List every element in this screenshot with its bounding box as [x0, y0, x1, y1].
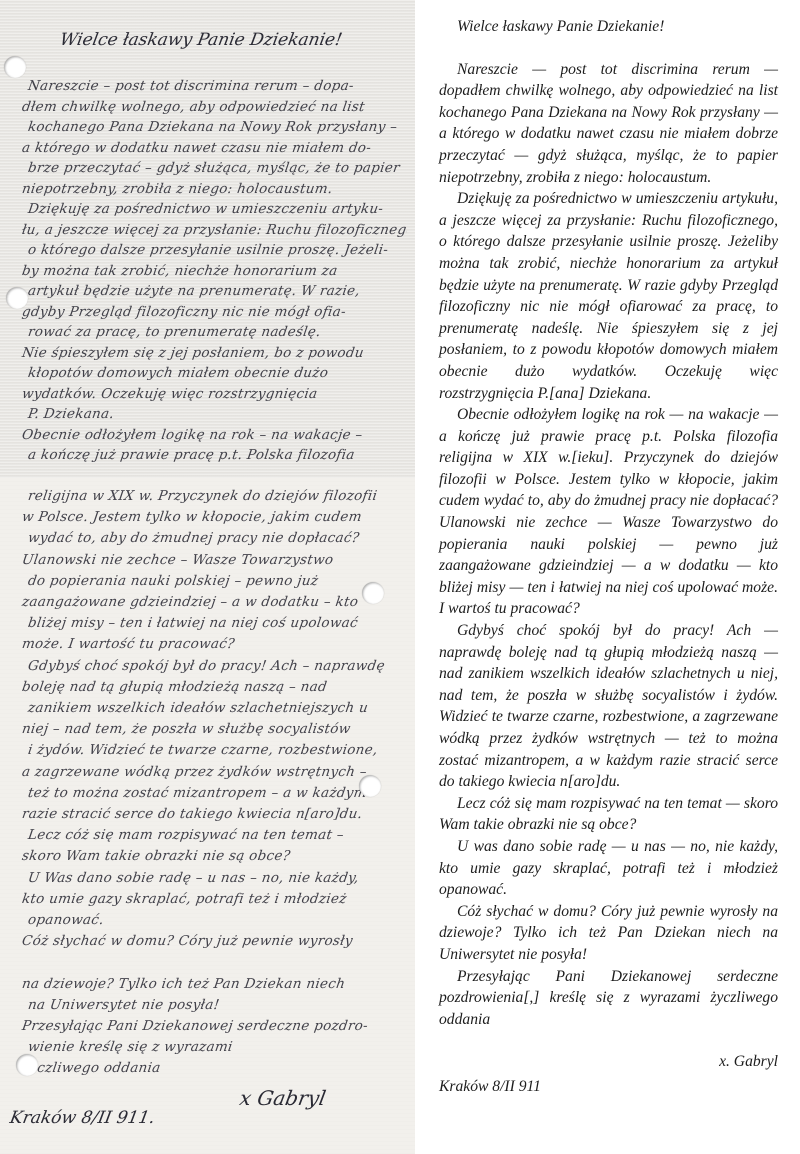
manuscript-line: o którego dalsze przesyłanie usilnie pro…	[27, 242, 408, 258]
manuscript-signature: x Gabryl	[238, 1086, 328, 1110]
manuscript-line: Nie śpieszyłem się z jej posłaniem, bo z…	[21, 345, 408, 361]
manuscript-line: Lecz cóż się mam rozpisywać na ten temat…	[27, 827, 408, 843]
manuscript-line: Gdybyś choć spokój był do pracy! Ach – n…	[27, 658, 408, 674]
manuscript-line: bliżej misy – ten i łatwiej na niej coś …	[27, 615, 408, 631]
manuscript-line: U Was dano sobie radę – u nas – no, nie …	[27, 870, 408, 886]
manuscript-line: do popierania nauki polskiej – pewno już	[27, 573, 408, 589]
paragraph-8: Przesyłając Pani Dziekanowej serdeczne p…	[439, 966, 778, 1031]
punch-hole	[6, 287, 28, 309]
manuscript-line: na Uniwersytet nie posyła!	[27, 997, 408, 1013]
manuscript-line: Ulanowski nie zechce – Wasze Towarzystwo	[21, 552, 408, 568]
manuscript-line: wienie kreślę się z wyrazami	[27, 1039, 408, 1055]
paragraph-2: Dziękuję za pośrednictwo w umieszczeniu …	[439, 188, 778, 404]
manuscript-line: może. I wartość tu pracować?	[21, 636, 408, 652]
punch-hole	[16, 1054, 38, 1076]
manuscript-line: kłopotów domowych miałem obecnie dużo	[27, 365, 408, 381]
paragraph-3: Obecnie odłożyłem logikę na rok — na wak…	[439, 404, 778, 620]
manuscript-scan: Wielce łaskawy Panie Dziekanie! Nareszci…	[0, 0, 415, 1154]
manuscript-line: kto umie gazy skraplać, potrafi też i mł…	[21, 891, 408, 907]
manuscript-line: i żydów. Widzieć te twarze czarne, rozbe…	[27, 742, 408, 758]
manuscript-line: artykuł będzie użyte na prenumeratę. W r…	[27, 283, 408, 299]
manuscript-line: P. Dziekana.	[27, 406, 408, 422]
paragraph-7: Cóż słychać w domu? Córy już pewnie wyro…	[439, 901, 778, 966]
paragraph-5: Lecz cóż się mam rozpisywać na ten temat…	[439, 793, 778, 836]
manuscript-line: zaangażowane gdzieindziej – a w dodatku …	[21, 594, 408, 610]
manuscript-line: Cóż słychać w domu? Córy już pewnie wyro…	[21, 933, 408, 949]
paragraph-1: Nareszcie — post tot discrimina rerum — …	[439, 59, 778, 189]
manuscript-line: też to można zostać mizantropem – a w ka…	[27, 785, 408, 801]
manuscript-line: rować za pracę, to prenumeratę nadeślę.	[27, 324, 408, 340]
manuscript-line: razie stracić serce do takiego kwiecia n…	[21, 806, 408, 822]
manuscript-line: wydatków. Oczekuję więc rozstrzygnięcia	[21, 386, 408, 402]
manuscript-page-1: Wielce łaskawy Panie Dziekanie! Nareszci…	[0, 0, 415, 478]
manuscript-line: boleję nad tą głupią młodzieżą naszą – n…	[21, 679, 408, 695]
manuscript-line: Obecnie odłożyłem logikę na rok – na wak…	[21, 427, 408, 443]
manuscript-line: gdyby Przegląd filozoficzny nic nie mógł…	[21, 304, 408, 320]
punch-hole	[359, 775, 381, 797]
manuscript-line: zanikiem wszelkich ideałów szlachetniejs…	[27, 700, 408, 716]
manuscript-place-date: Kraków 8/II 911.	[8, 1108, 156, 1128]
manuscript-line: niepotrzebny, zrobiła z niego: holocaust…	[21, 181, 408, 197]
manuscript-line: Dziękuję za pośrednictwo w umieszczeniu …	[27, 201, 408, 217]
manuscript-line: a kończę już prawie pracę p.t. Polska fi…	[27, 447, 408, 463]
manuscript-salutation: Wielce łaskawy Panie Dziekanie!	[58, 30, 343, 50]
manuscript-line: Przesyłając Pani Dziekanowej serdeczne p…	[21, 1018, 408, 1034]
manuscript-line: na dziewoje? Tylko ich też Pan Dziekan n…	[21, 976, 408, 992]
paragraph-6: U was dano sobie radę — u nas — no, nie …	[439, 836, 778, 901]
manuscript-line: dłem chwilkę wolnego, aby odpowiedzieć n…	[21, 99, 408, 115]
paragraph-4: Gdybyś choć spokój był do pracy! Ach — n…	[439, 620, 778, 793]
manuscript-line: skoro Wam takie obrazki nie są obce?	[21, 848, 408, 864]
transcription-place-date: Kraków 8/II 911	[439, 1076, 778, 1098]
manuscript-line: życzliwego oddania	[21, 1060, 408, 1076]
manuscript-line: opanować.	[27, 912, 408, 928]
manuscript-line: niej – nad tem, że poszła w służbę socya…	[21, 721, 408, 737]
punch-hole	[362, 582, 384, 604]
manuscript-line: a zagrzewane wódką przez żydków wstrętny…	[21, 764, 408, 780]
manuscript-line: by można tak zrobić, niechże honorarium …	[21, 263, 408, 279]
manuscript-line: Nareszcie – post tot discrimina rerum – …	[27, 78, 408, 94]
manuscript-line: łu, a jeszcze więcej za przysłanie: Ruch…	[21, 222, 408, 238]
manuscript-line: kochanego Pana Dziekana na Nowy Rok przy…	[27, 119, 408, 135]
manuscript-line: wydać to, aby do żmudnej pracy nie dopła…	[27, 530, 408, 546]
transcription-salutation: Wielce łaskawy Panie Dziekanie!	[457, 16, 778, 38]
transcription: Wielce łaskawy Panie Dziekanie! Nareszci…	[439, 16, 778, 1098]
transcription-signature: x. Gabryl	[439, 1051, 778, 1073]
manuscript-line: brze przeczytać – gdyż służąca, myśląc, …	[27, 160, 408, 176]
manuscript-line: religijna w XIX w. Przyczynek do dziejów…	[27, 488, 408, 504]
punch-hole	[4, 56, 26, 78]
manuscript-page-2: religijna w XIX w. Przyczynek do dziejów…	[0, 478, 415, 1154]
manuscript-line: w Polsce. Jestem tylko w kłopocie, jakim…	[21, 509, 408, 525]
manuscript-line: a którego w dodatku nawet czasu nie miał…	[21, 140, 408, 156]
